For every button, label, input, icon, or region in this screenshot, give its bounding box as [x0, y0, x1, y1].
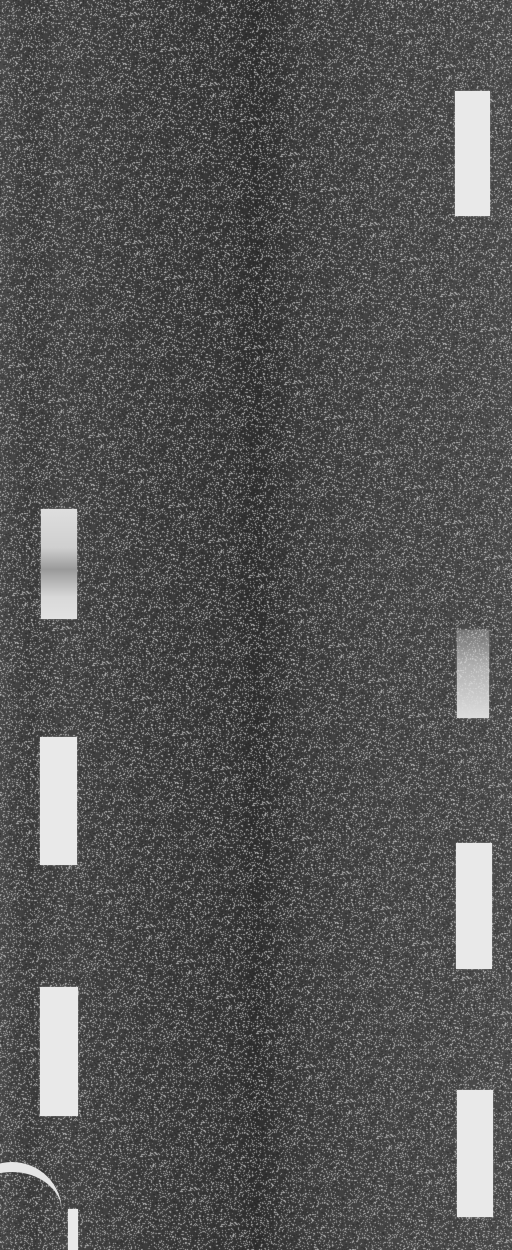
lane-dash-right	[455, 91, 490, 216]
lane-dash-left	[68, 1209, 78, 1250]
lane-dash-right	[457, 1090, 493, 1217]
lane-dash-right	[457, 630, 489, 718]
lane-dash-left	[40, 987, 78, 1116]
lane-dash-left	[41, 509, 77, 619]
lane-dash-left	[40, 737, 77, 865]
asphalt-road	[0, 0, 512, 1250]
lane-dash-right	[456, 843, 492, 969]
